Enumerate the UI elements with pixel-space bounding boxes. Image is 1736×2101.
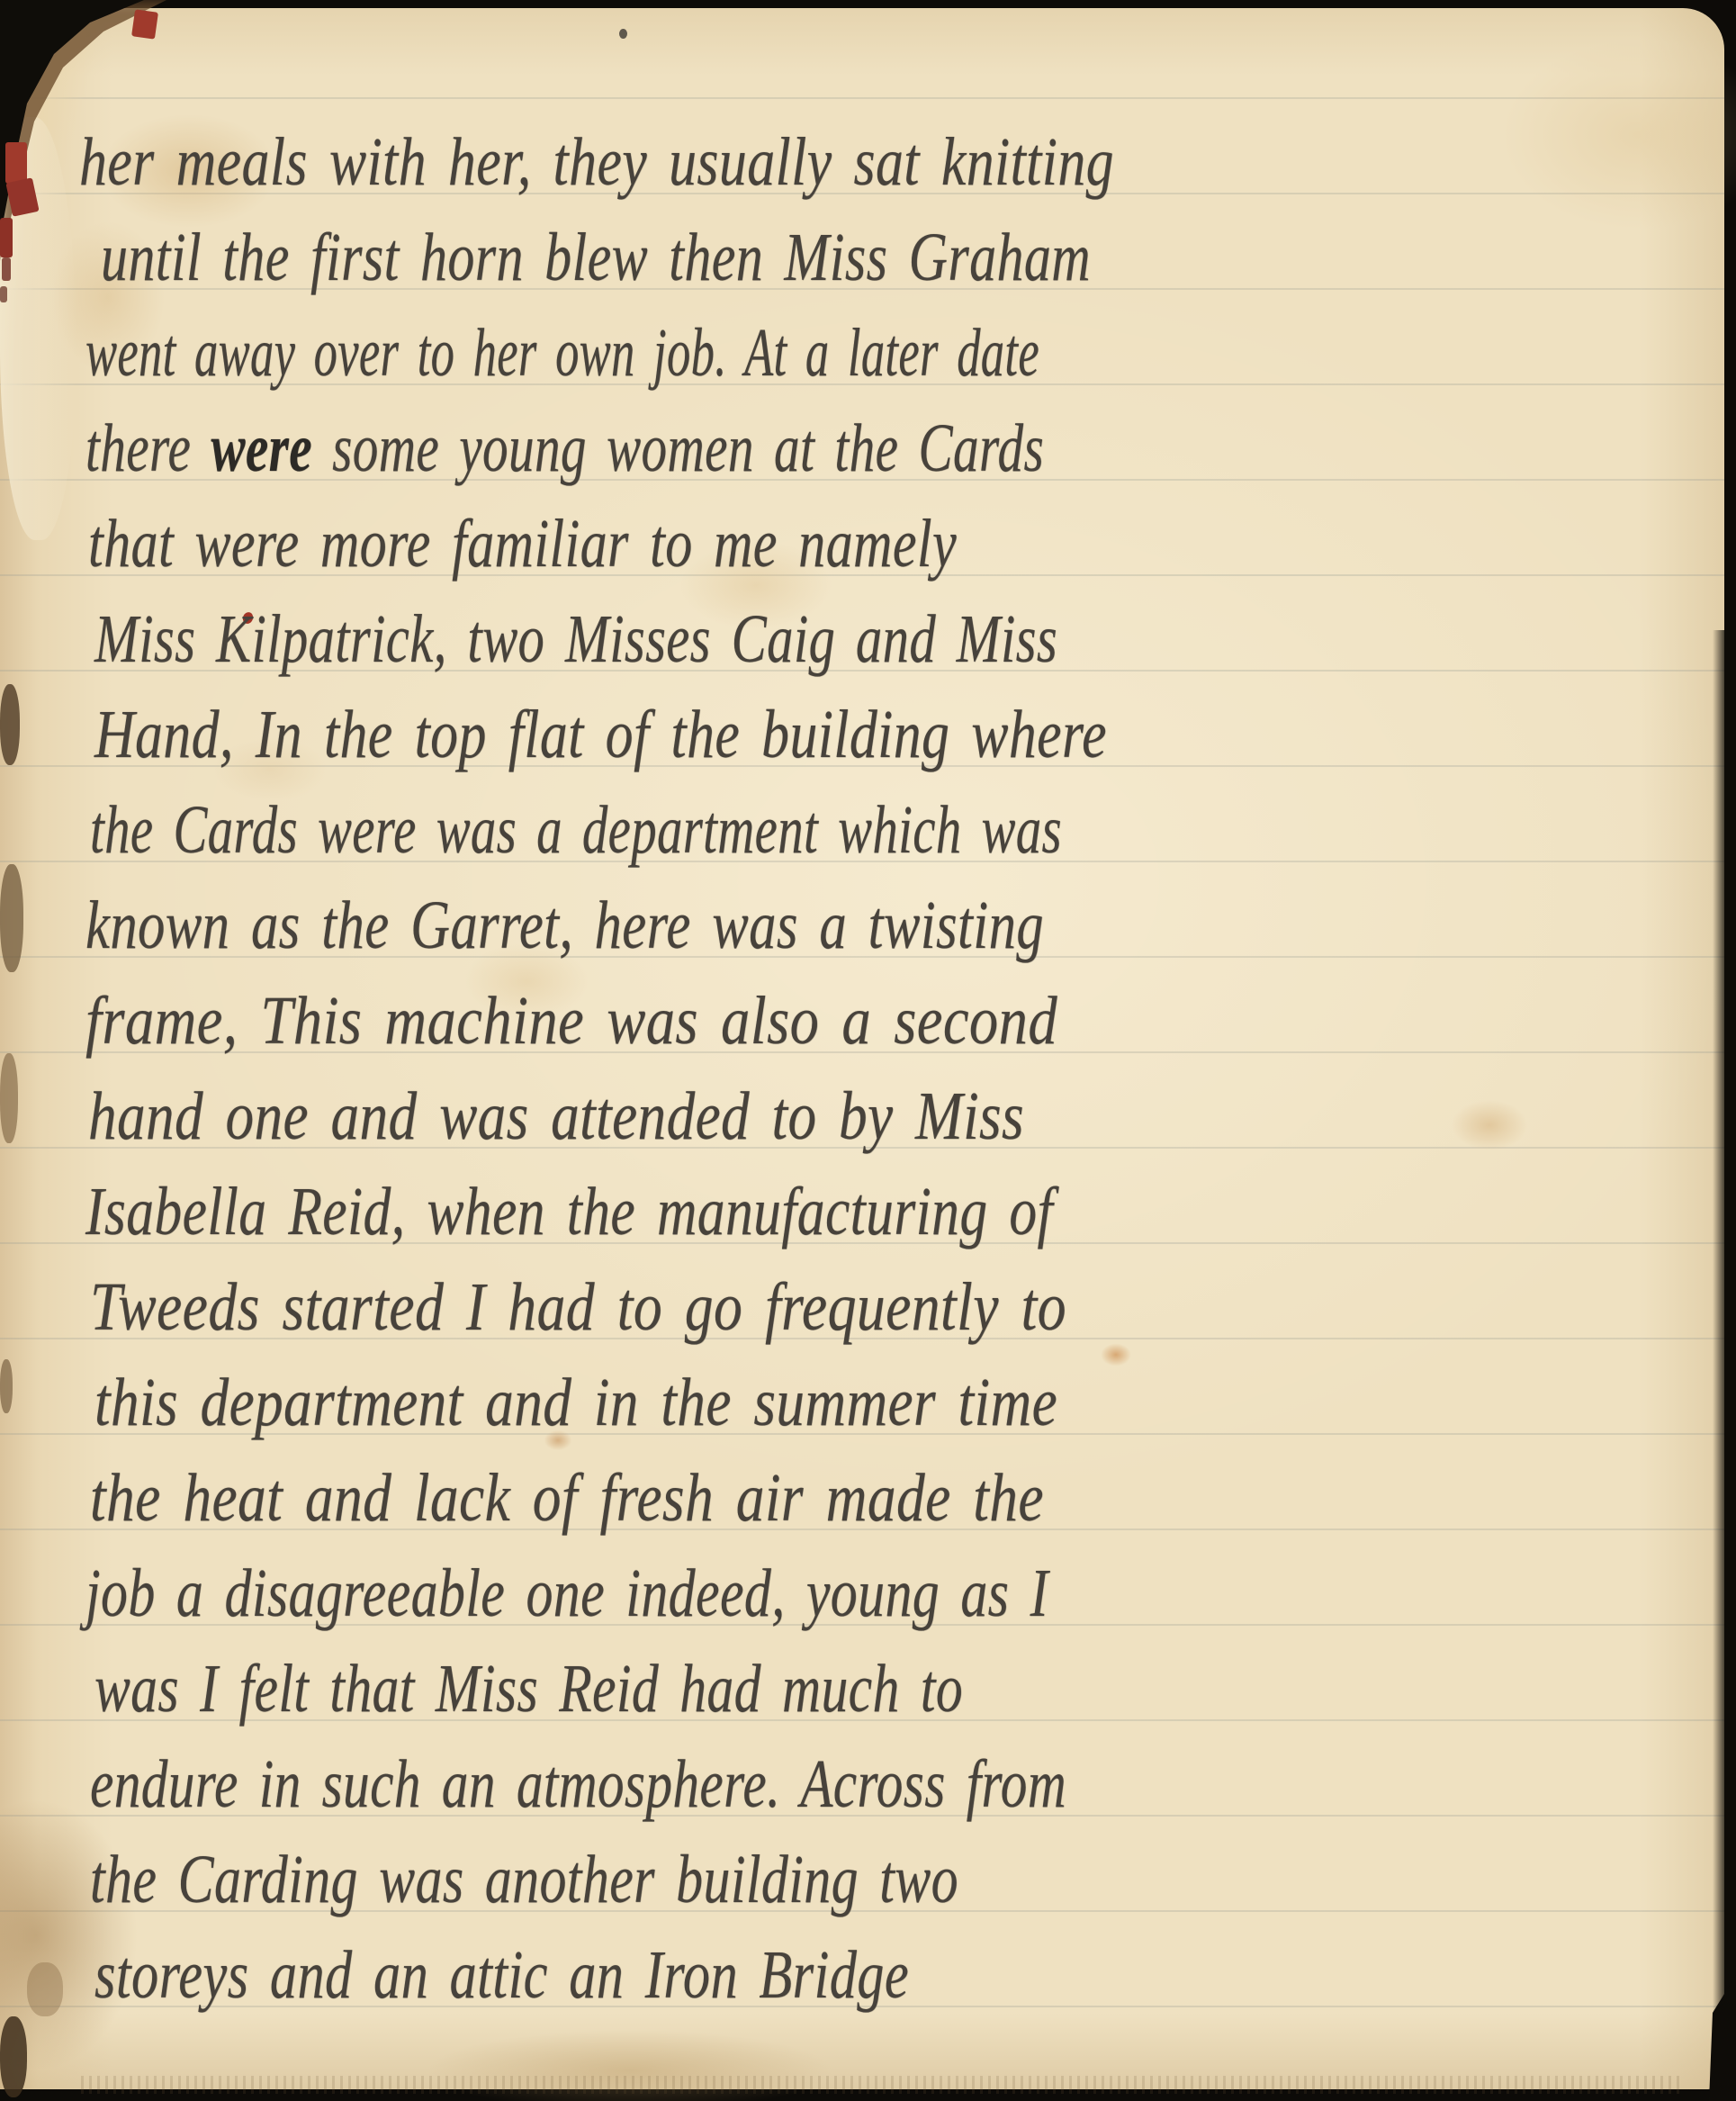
handwritten-line: the heat and lack of fresh air made the — [90, 1464, 1044, 1532]
handwritten-line: Isabella Reid, when the manufacturing of — [85, 1177, 1053, 1246]
overwritten-word: were — [211, 410, 312, 486]
handwritten-text: the Cards were was a department which wa… — [90, 792, 1062, 868]
handwritten-line: until the first horn blew then Miss Grah… — [101, 223, 1091, 292]
handwritten-line: Miss Kilpatrick, two Misses Caig and Mis… — [94, 605, 1057, 673]
scanned-diary-page: her meals with her, they usually sat kni… — [0, 0, 1736, 2101]
handwritten-text: that were more familiar to me namely — [88, 506, 957, 582]
handwritten-line: went away over to her own job. At a late… — [85, 319, 1039, 387]
handwritten-text: went away over to her own job. At a late… — [85, 315, 1039, 391]
handwritten-line: endure in such an atmosphere. Across fro… — [90, 1750, 1066, 1818]
handwritten-line: frame, This machine was also a second — [85, 987, 1057, 1055]
handwritten-text: this department and in the summer time — [94, 1365, 1057, 1440]
handwritten-text: Tweeds started I had to go frequently to — [90, 1269, 1066, 1345]
handwritten-line: storeys and an attic an Iron Bridge — [94, 1941, 909, 2009]
handwritten-text: was I felt that Miss Reid had much to — [94, 1651, 963, 1727]
handwriting-layer: her meals with her, they usually sat kni… — [0, 0, 1736, 2101]
handwritten-line: the Cards were was a department which wa… — [90, 796, 1062, 864]
handwritten-text: until the first horn blew then Miss Grah… — [101, 220, 1091, 295]
handwritten-text: storeys and an attic an Iron Bridge — [94, 1937, 909, 2013]
handwritten-text: some young women at the Cards — [312, 410, 1044, 486]
handwritten-line: that were more familiar to me namely — [88, 509, 957, 578]
handwritten-line: was I felt that Miss Reid had much to — [94, 1655, 963, 1723]
handwritten-line: job a disagreeable one indeed, young as … — [85, 1559, 1048, 1628]
handwritten-line: Tweeds started I had to go frequently to — [90, 1273, 1066, 1341]
handwritten-text: known as the Garret, here was a twisting — [85, 888, 1044, 963]
handwritten-text: endure in such an atmosphere. Across fro… — [90, 1746, 1066, 1822]
handwritten-text: the Carding was another building two — [90, 1842, 958, 1917]
handwritten-line: there were some young women at the Cards — [85, 414, 1044, 482]
handwritten-line: hand one and was attended to by Miss — [88, 1082, 1024, 1150]
handwritten-text: the heat and lack of fresh air made the — [90, 1460, 1044, 1536]
handwritten-text: Hand, In the top flat of the building wh… — [94, 697, 1107, 772]
handwritten-text: frame, This machine was also a second — [85, 983, 1057, 1059]
handwritten-line: known as the Garret, here was a twisting — [85, 891, 1044, 960]
handwritten-line: this department and in the summer time — [94, 1368, 1057, 1437]
handwritten-text: job a disagreeable one indeed, young as … — [85, 1555, 1048, 1631]
handwritten-text: her meals with her, they usually sat kni… — [79, 124, 1114, 200]
handwritten-line: the Carding was another building two — [90, 1845, 958, 1914]
handwritten-line: Hand, In the top flat of the building wh… — [94, 700, 1107, 769]
handwritten-text: there — [85, 410, 211, 486]
handwritten-text: hand one and was attended to by Miss — [88, 1078, 1024, 1154]
handwritten-line: her meals with her, they usually sat kni… — [79, 128, 1114, 196]
handwritten-text: Isabella Reid, when the manufacturing of — [85, 1174, 1053, 1249]
handwritten-text: Miss Kilpatrick, two Misses Caig and Mis… — [94, 601, 1057, 677]
